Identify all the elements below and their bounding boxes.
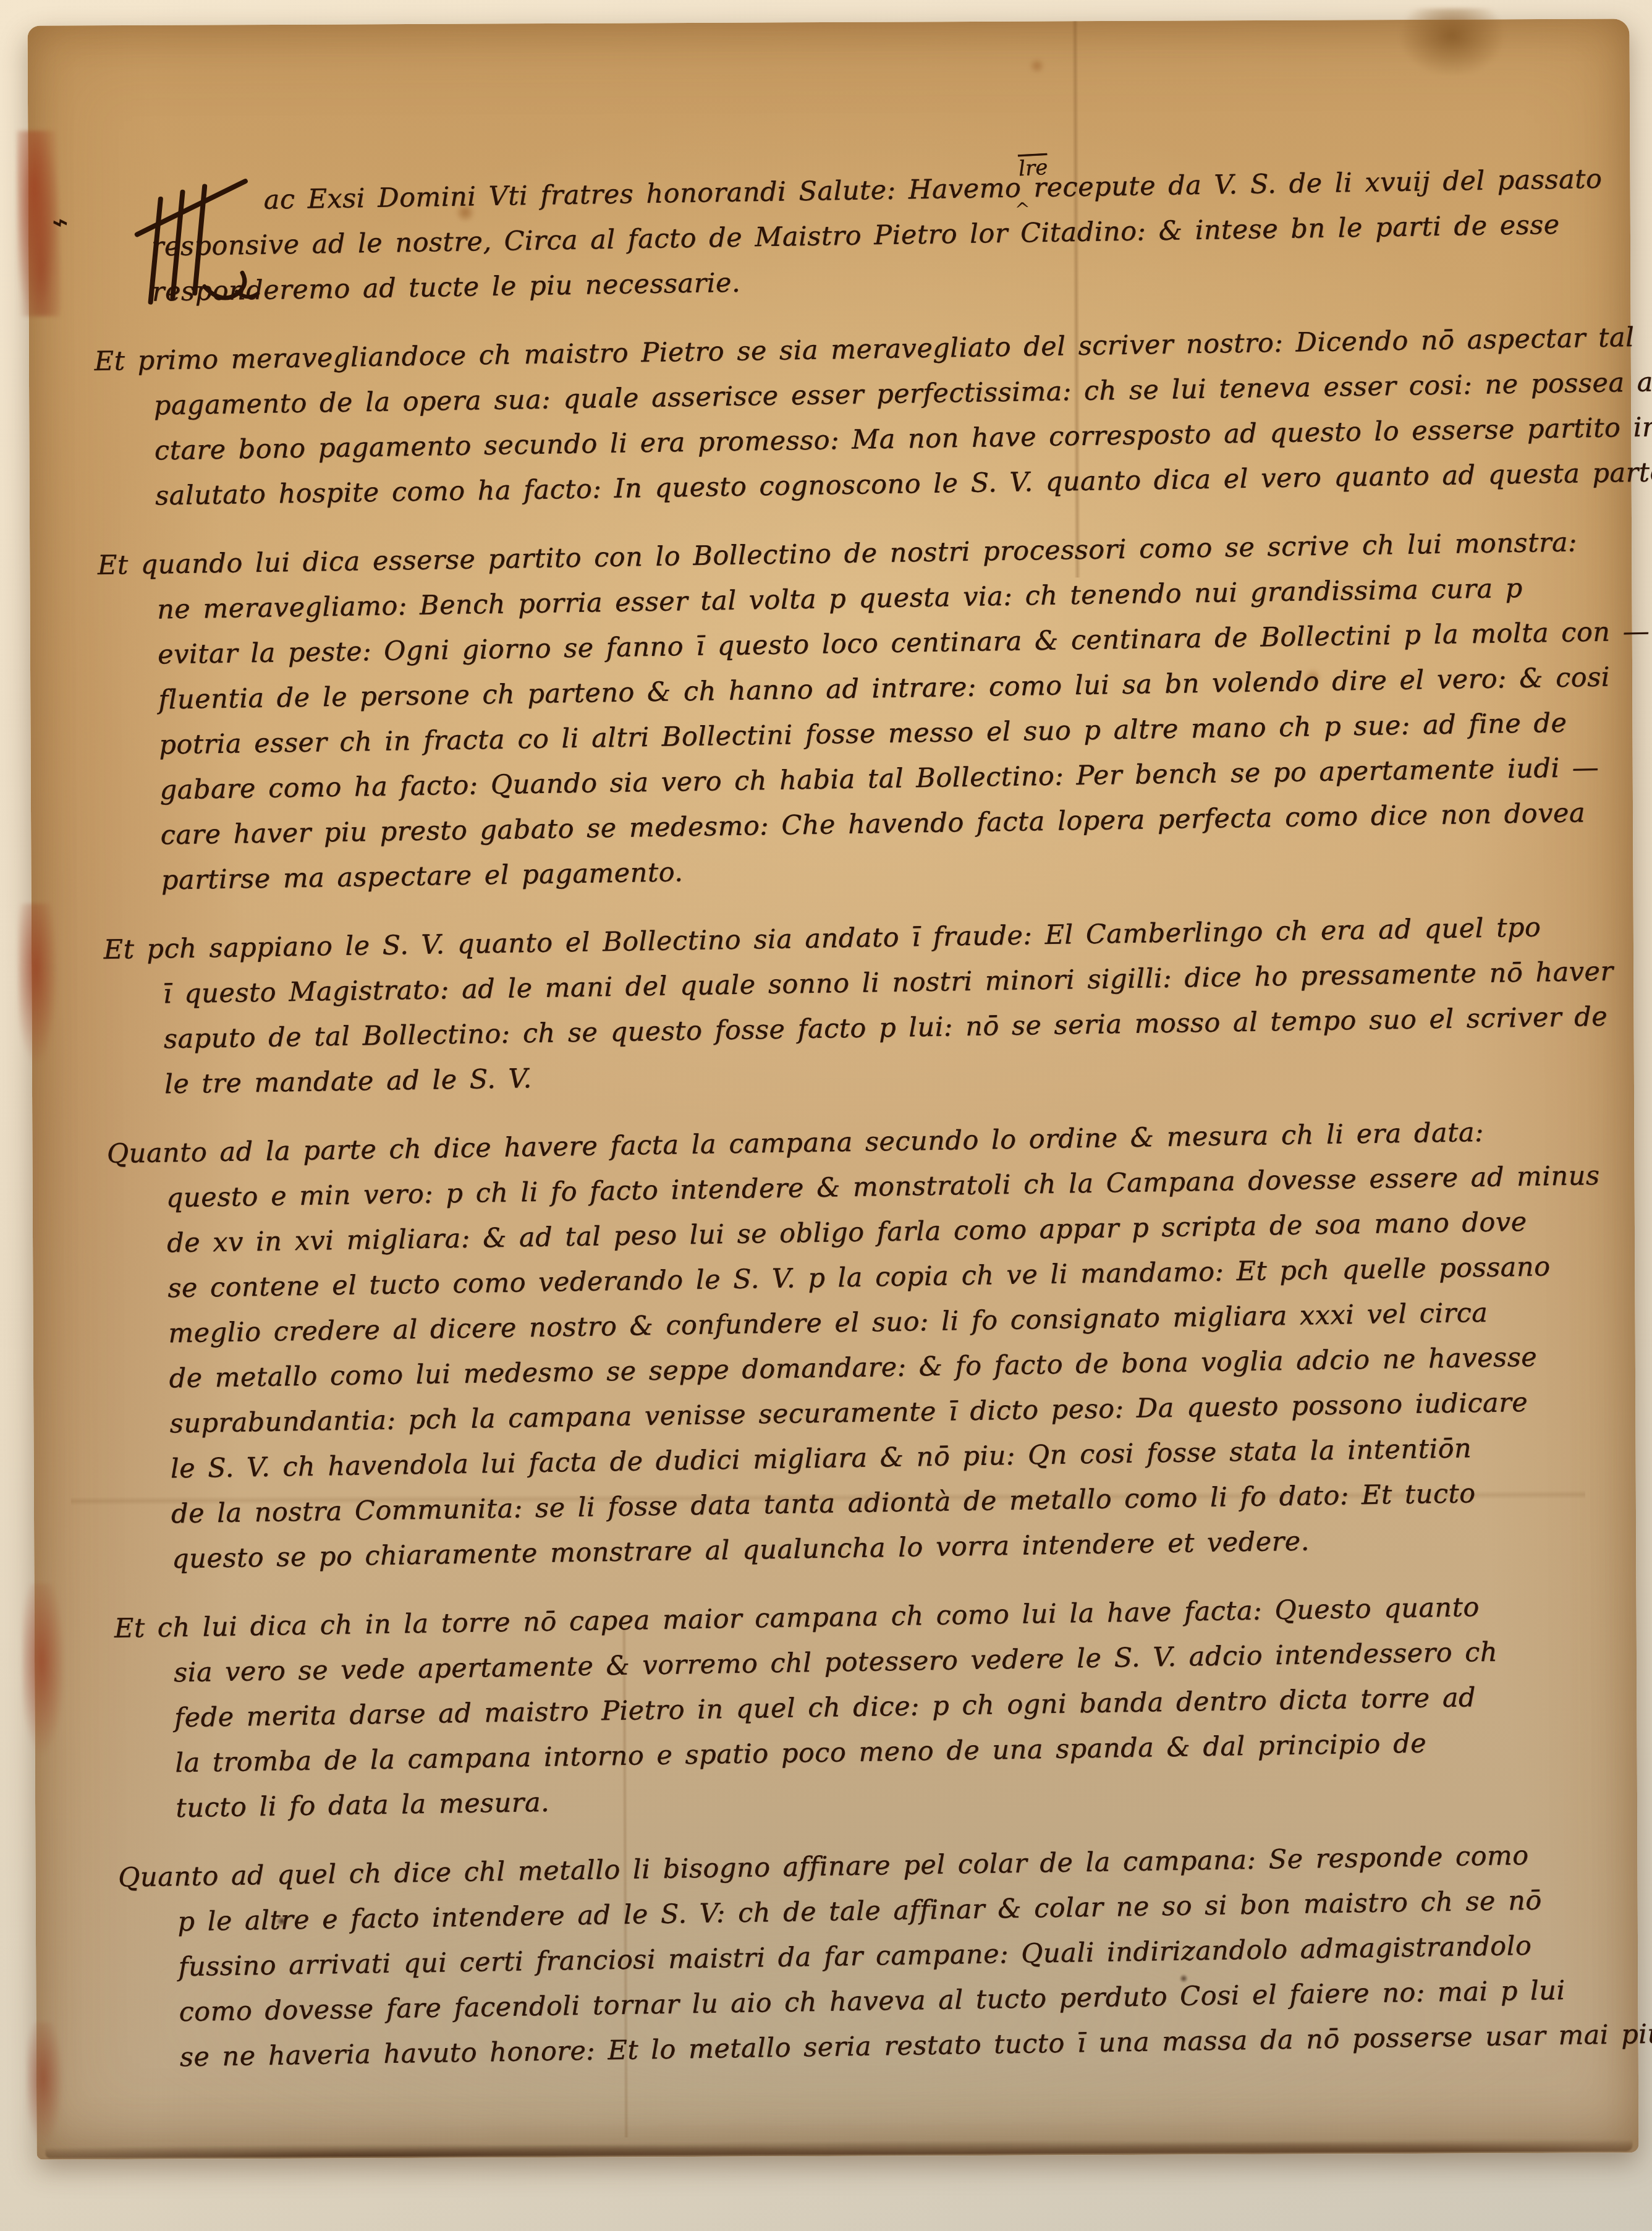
manuscript-text: ac Exsi Domini Vti fratres honorandi Sal… (91, 157, 1611, 2104)
paragraph-first-complaint: Et primo meravegliandoce ch maistro Piet… (94, 316, 1586, 520)
paragraph-campana-peso: Quanto ad la parte ch dice havere facta … (106, 1108, 1603, 1583)
foxing-spot-2 (1029, 58, 1045, 73)
stain-brown-top-right (1399, 8, 1504, 77)
stain-red-left-middle (18, 903, 58, 1064)
paragraph-salutation: ac Exsi Domini Vti fratres honorandi Sal… (91, 157, 1583, 316)
stain-red-left-bottom (27, 2022, 64, 2146)
stain-red-left-lower (22, 1583, 66, 1756)
paragraph-bollectino: Et quando lui dica esserse partito con l… (97, 520, 1592, 904)
paragraph-camberlingo: Et pch sappiano le S. V. quanto el Bolle… (103, 904, 1595, 1108)
paragraph-torre: Et ch lui dica ch in la torre nō capea m… (114, 1583, 1606, 1832)
darkened-bottom-edge (45, 2133, 1632, 2158)
paragraph-metallo: Quanto ad quel ch dice chl metallo li bi… (118, 1832, 1611, 2081)
